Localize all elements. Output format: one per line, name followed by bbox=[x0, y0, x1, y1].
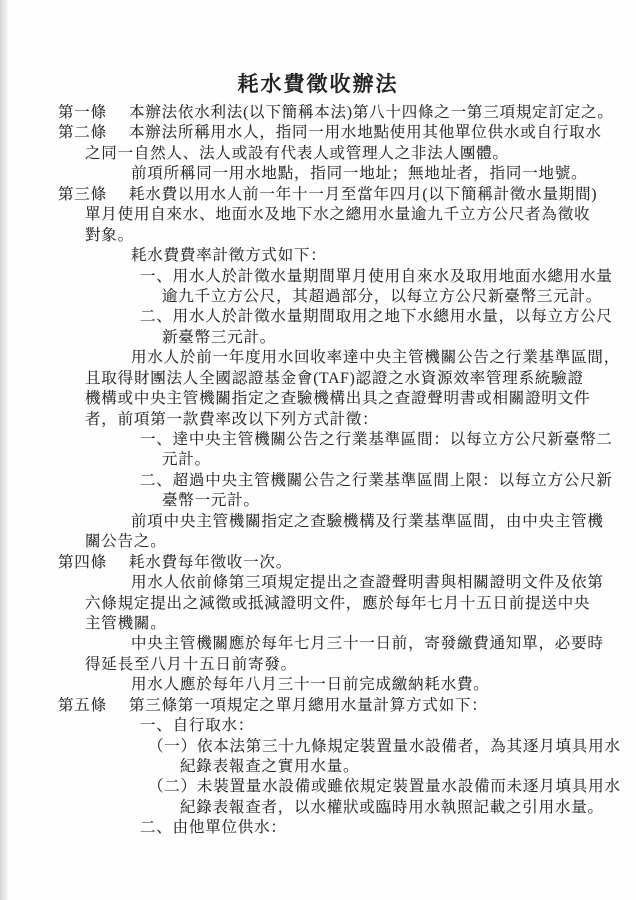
doc-line: 對象。 bbox=[0, 226, 636, 246]
line-text: 本辦法所稱用水人，指同一用水地點使用其他單位供水或自行取水 bbox=[129, 124, 602, 141]
article-line: 第五條第三條第一項規定之單月總用水量計算方式如下： bbox=[0, 696, 636, 716]
article-line: 第一條本辦法依水利法(以下簡稱本法)第八十四條之一第三項規定訂定之。 bbox=[0, 103, 636, 123]
line-text: 第三條第一項規定之單月總用水量計算方式如下： bbox=[129, 697, 488, 714]
document-body: 第一條本辦法依水利法(以下簡稱本法)第八十四條之一第三項規定訂定之。 第二條本辦… bbox=[0, 103, 636, 839]
line-text: 耗水費以用水人前一年十一月至當年四月(以下簡稱計徵水量期間) bbox=[129, 186, 597, 203]
doc-line: 前項中央主管機關指定之查驗機構及行業基準區間，由中央主管機 bbox=[0, 512, 636, 532]
list-item-line: 二、超過中央主管機關公告之行業基準區間上限：以每立方公尺新 bbox=[0, 471, 636, 491]
article-number: 第四條 bbox=[58, 553, 107, 573]
doc-line: 用水人依前條第三項規定提出之查證聲明書與相關證明文件及依第 bbox=[0, 573, 636, 593]
article-line: 第三條耗水費以用水人前一年十一月至當年四月(以下簡稱計徵水量期間) bbox=[0, 185, 636, 205]
sub-item-line: （一）依本法第三十九條規定裝置量水設備者，為其逐月填具用水 bbox=[0, 737, 636, 757]
list-item-line: 一、自行取水： bbox=[0, 716, 636, 736]
line-text: 本辦法依水利法(以下簡稱本法)第八十四條之一第三項規定訂定之。 bbox=[129, 104, 614, 121]
doc-line: 元計。 bbox=[0, 450, 636, 470]
doc-line: 關公告之。 bbox=[0, 532, 636, 552]
doc-line: 者，前項第一款費率改以下列方式計徵： bbox=[0, 410, 636, 430]
document-page: 耗水費徵收辦法 第一條本辦法依水利法(以下簡稱本法)第八十四條之一第三項規定訂定… bbox=[0, 0, 636, 900]
doc-line: 中央主管機關應於每年七月三十一日前，寄發繳費通知單，必要時 bbox=[0, 634, 636, 654]
article-line: 第四條耗水費每年徵收一次。 bbox=[0, 553, 636, 573]
article-number: 第一條 bbox=[58, 103, 107, 123]
doc-line: 紀錄表報查之實用水量。 bbox=[0, 757, 636, 777]
article-number: 第五條 bbox=[58, 696, 107, 716]
sub-item-line: （二）未裝置量水設備或雖依規定裝置量水設備而未逐月填具用水 bbox=[0, 777, 636, 797]
line-text: 耗水費每年徵收一次。 bbox=[129, 554, 292, 571]
article-number: 第三條 bbox=[58, 185, 107, 205]
document-title: 耗水費徵收辦法 bbox=[0, 68, 636, 98]
list-item-line: 一、達中央主管機關公告之行業基準區間：以每立方公尺新臺幣二 bbox=[0, 430, 636, 450]
doc-line: 主管機關。 bbox=[0, 614, 636, 634]
doc-line: 得延長至八月十五日前寄發。 bbox=[0, 655, 636, 675]
list-item-line: 二、由他單位供水： bbox=[0, 818, 636, 838]
article-line: 第二條本辦法所稱用水人，指同一用水地點使用其他單位供水或自行取水 bbox=[0, 123, 636, 143]
doc-line: 逾九千立方公尺，其超過部分，以每立方公尺新臺幣三元計。 bbox=[0, 287, 636, 307]
doc-line: 之同一自然人、法人或設有代表人或管理人之非法人團體。 bbox=[0, 144, 636, 164]
doc-line: 且取得財團法人全國認證基金會(TAF)認證之水資源效率管理系統驗證 bbox=[0, 369, 636, 389]
list-item-line: 一、用水人於計徵水量期間單月使用自來水及取用地面水總用水量 bbox=[0, 267, 636, 287]
doc-line: 用水人於前一年度用水回收率達中央主管機關公告之行業基準區間， bbox=[0, 348, 636, 368]
doc-line: 用水人應於每年八月三十一日前完成繳納耗水費。 bbox=[0, 675, 636, 695]
doc-line: 紀錄表報查者，以水權狀或臨時用水執照記載之引用水量。 bbox=[0, 798, 636, 818]
doc-line: 單月使用自來水、地面水及地下水之總用水量逾九千立方公尺者為徵收 bbox=[0, 205, 636, 225]
list-item-line: 二、用水人於計徵水量期間取用之地下水總用水量，以每立方公尺 bbox=[0, 307, 636, 327]
doc-line: 耗水費費率計徵方式如下： bbox=[0, 246, 636, 266]
doc-line: 臺幣一元計。 bbox=[0, 491, 636, 511]
doc-line: 前項所稱同一用水地點，指同一地址；無地址者，指同一地號。 bbox=[0, 164, 636, 184]
doc-line: 機構或中央主管機關指定之查驗機構出具之查證聲明書或相關證明文件 bbox=[0, 389, 636, 409]
doc-line: 六條規定提出之減徵或抵減證明文件，應於每年七月十五日前提送中央 bbox=[0, 594, 636, 614]
doc-line: 新臺幣三元計。 bbox=[0, 328, 636, 348]
article-number: 第二條 bbox=[58, 123, 107, 143]
